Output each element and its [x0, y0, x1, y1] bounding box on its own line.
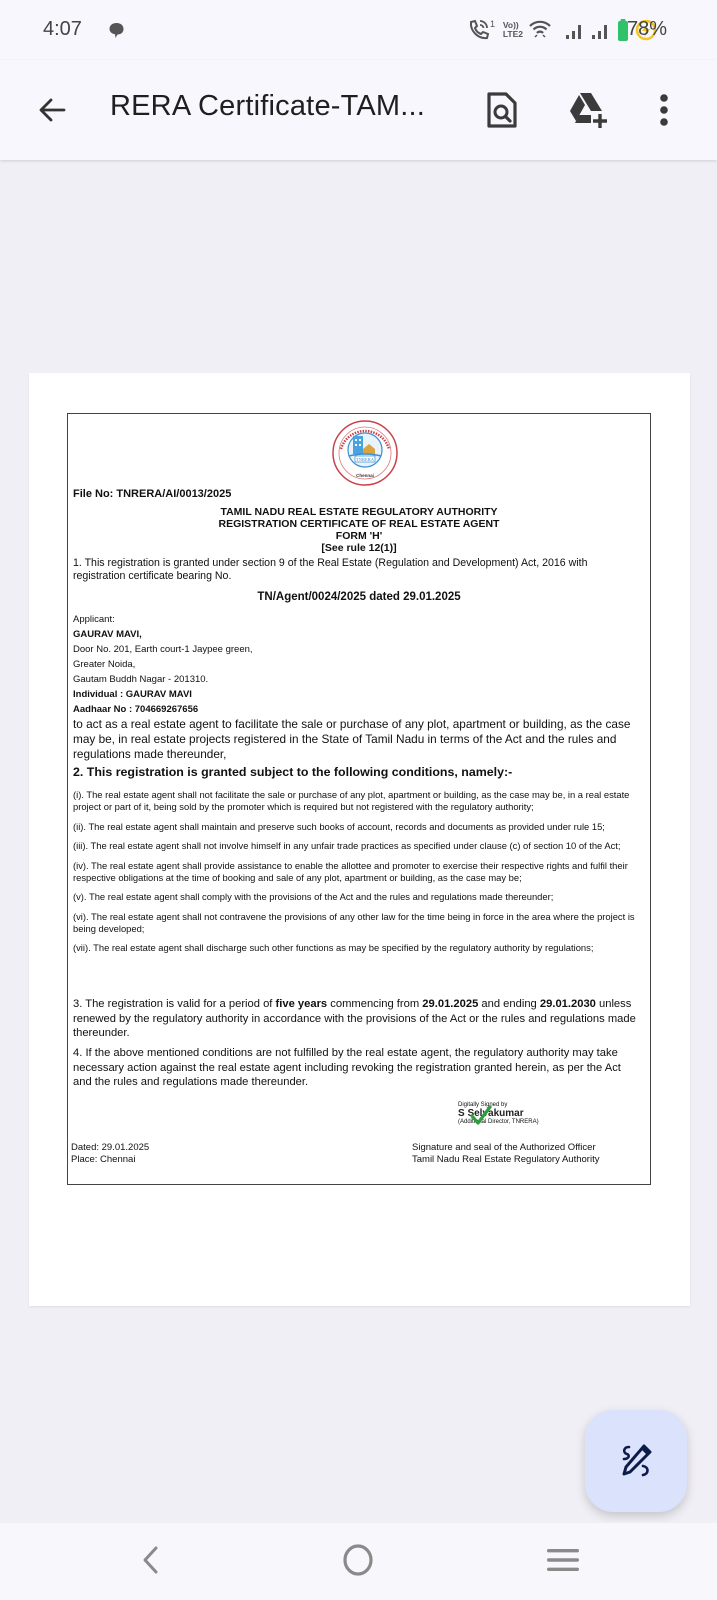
chat-bubble-icon	[108, 22, 124, 38]
para3-text: and ending	[478, 998, 540, 1010]
condition-item: (i). The real estate agent shall not fac…	[73, 789, 642, 813]
checkmark-icon	[470, 1104, 492, 1126]
applicant-block: Applicant: GAURAV MAVI, Door No. 201, Ea…	[73, 612, 253, 687]
svg-text:1: 1	[490, 19, 495, 29]
certificate-heading: TAMIL NADU REAL ESTATE REGULATORY AUTHOR…	[68, 506, 650, 554]
aadhaar-number: Aadhaar No : 704669267656	[73, 702, 198, 717]
file-number: File No: TNRERA/AI/0013/2025	[73, 488, 231, 500]
conditions-title: 2. This registration is granted subject …	[73, 765, 512, 779]
heading-form: FORM 'H'	[68, 530, 650, 542]
individual-block: Individual : GAURAV MAVI Aadhaar No : 70…	[73, 687, 198, 717]
annotate-pen-icon	[617, 1442, 655, 1480]
act-paragraph: to act as a real estate agent to facilit…	[73, 717, 642, 762]
document-search-icon	[485, 90, 519, 130]
condition-item: (vii). The real estate agent shall disch…	[73, 942, 642, 954]
svg-text:TNRERA: TNRERA	[356, 457, 375, 462]
system-nav-bar	[0, 1523, 717, 1600]
heading-authority: TAMIL NADU REAL ESTATE REGULATORY AUTHOR…	[68, 506, 650, 518]
applicant-name: GAURAV MAVI,	[73, 627, 253, 642]
circle-home-icon	[342, 1543, 374, 1577]
certificate-frame: TNRERA Chennai File No: TNRERA/AI/0013/2…	[67, 413, 651, 1185]
wifi-icon	[529, 20, 551, 40]
condition-item: (iii). The real estate agent shall not i…	[73, 840, 642, 852]
document-title: RERA Certificate-TAM...	[110, 90, 425, 123]
pdf-page[interactable]: TNRERA Chennai File No: TNRERA/AI/0013/2…	[29, 373, 690, 1306]
status-time: 4:07	[43, 18, 82, 41]
address-line: Greater Noida,	[73, 657, 253, 672]
signal-sim2-icon	[591, 20, 611, 40]
chevron-left-icon	[140, 1545, 160, 1575]
condition-item: (iv). The real estate agent shall provid…	[73, 860, 642, 884]
more-options-button[interactable]	[640, 86, 688, 134]
find-in-document-button[interactable]	[478, 86, 526, 134]
status-bar: 4:07 1 Vo)) LTE2	[0, 0, 717, 60]
signature-line-2: Tamil Nadu Real Estate Regulatory Author…	[412, 1154, 599, 1166]
add-to-drive-button[interactable]	[564, 86, 612, 134]
more-vert-icon	[658, 92, 670, 128]
validity-period: five years	[276, 998, 328, 1010]
para3-text: 3. The registration is valid for a perio…	[73, 998, 276, 1010]
heading-rule: [See rule 12(1)]	[68, 542, 650, 554]
battery-percent: 78%	[627, 18, 667, 41]
conditions-list: (i). The real estate agent shall not fac…	[73, 789, 642, 962]
nav-home-button[interactable]	[328, 1535, 388, 1585]
address-line: Gautam Buddh Nagar - 201310.	[73, 672, 253, 687]
condition-item: (vi). The real estate agent shall not co…	[73, 911, 642, 935]
back-button[interactable]	[30, 88, 74, 132]
condition-item: (v). The real estate agent shall comply …	[73, 891, 642, 903]
lte-label: LTE2	[503, 30, 523, 39]
registration-number: TN/Agent/0024/2025 dated 29.01.2025	[68, 591, 650, 603]
recents-icon	[546, 1546, 580, 1574]
svg-text:Chennai: Chennai	[356, 473, 374, 478]
validity-start-date: 29.01.2025	[422, 998, 478, 1010]
drive-add-icon	[567, 90, 609, 130]
tnrera-logo: TNRERA Chennai	[331, 419, 399, 487]
date-place-block: Dated: 29.01.2025 Place: Chennai	[71, 1142, 149, 1166]
validity-end-date: 29.01.2030	[540, 998, 596, 1010]
signal-sim1-icon	[565, 20, 585, 40]
nav-recents-button[interactable]	[533, 1535, 593, 1585]
place: Place: Chennai	[71, 1154, 149, 1166]
annotate-fab-button[interactable]	[585, 1410, 687, 1512]
condition-item: (ii). The real estate agent shall mainta…	[73, 821, 642, 833]
paragraph-4: 4. If the above mentioned conditions are…	[73, 1046, 642, 1090]
signature-seal-block: Signature and seal of the Authorized Off…	[412, 1142, 599, 1166]
paragraph-3: 3. The registration is valid for a perio…	[73, 997, 642, 1041]
address-line: Door No. 201, Earth court-1 Jaypee green…	[73, 642, 253, 657]
nav-back-button[interactable]	[120, 1535, 180, 1585]
individual-name: Individual : GAURAV MAVI	[73, 687, 198, 702]
signature-line-1: Signature and seal of the Authorized Off…	[412, 1142, 599, 1154]
para3-text: commencing from	[327, 998, 422, 1010]
heading-certificate: REGISTRATION CERTIFICATE OF REAL ESTATE …	[68, 518, 650, 530]
digital-signature: Digitally Signed by S Selvakumar (Additi…	[458, 1102, 578, 1126]
paragraph-1: 1. This registration is granted under se…	[73, 557, 642, 583]
dated: Dated: 29.01.2025	[71, 1142, 149, 1154]
app-bar: RERA Certificate-TAM...	[0, 60, 717, 160]
arrow-back-icon	[36, 94, 68, 126]
wifi-calling-icon: 1	[467, 18, 497, 42]
applicant-label: Applicant:	[73, 612, 253, 627]
volte-lte2-icon: Vo)) LTE2	[503, 21, 523, 39]
